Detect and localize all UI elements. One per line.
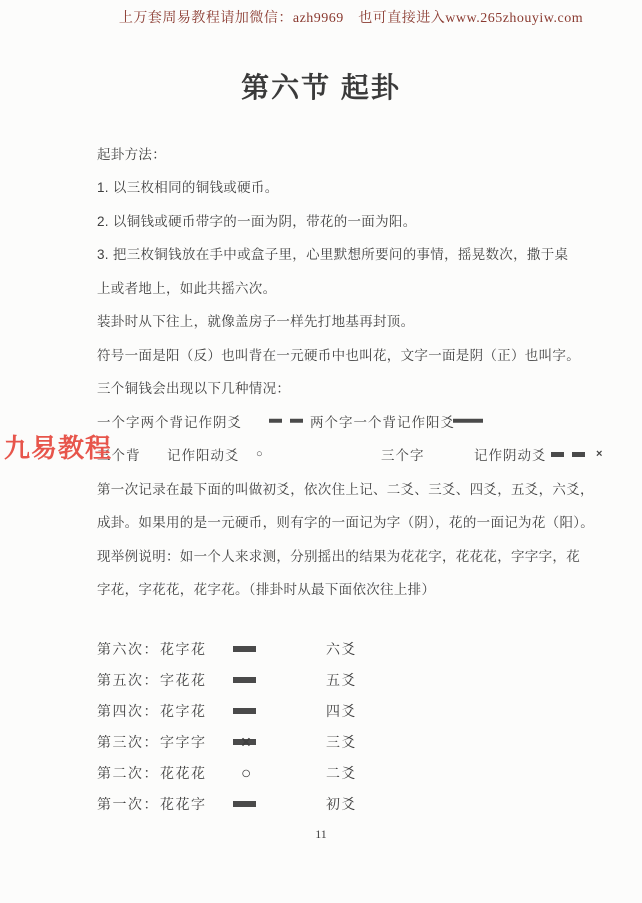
line-bar xyxy=(233,801,256,807)
hexagram-line-icon xyxy=(453,419,483,424)
body-line: 上或者地上，如此共摇六次。 xyxy=(97,270,577,304)
line-bar xyxy=(453,419,483,424)
situation-label: 一个字两个背记作阴爻 xyxy=(97,411,242,431)
line-bar xyxy=(572,452,585,457)
line-bar xyxy=(233,646,256,652)
table-row: 第一次：花花字 初爻 xyxy=(97,788,467,819)
line-bar xyxy=(269,419,282,424)
line-bar xyxy=(551,452,564,457)
yao-label: 初爻 xyxy=(326,794,357,814)
scanned-document-page: 上万套周易教程请加微信：azh9969 也可直接进入www.265zhouyiw… xyxy=(0,0,642,903)
watermark: 九易教程 xyxy=(4,433,112,464)
situation-row-1: 一个字两个背记作阴爻 两个字一个背记作阳爻 xyxy=(97,404,577,438)
line-bar xyxy=(233,677,256,683)
line-bar xyxy=(290,419,303,424)
throw-number: 第三次： xyxy=(97,732,159,752)
moving-line-mark: × xyxy=(241,733,252,750)
body-line: 字花，字花花，花字花。（排卦时从最下面依次往上排） xyxy=(97,572,577,606)
section-title: 第六节 起卦 xyxy=(0,66,642,106)
throw-number: 第六次： xyxy=(97,639,159,659)
hexagram-line-icon: ○ xyxy=(245,448,264,460)
body-line: 装卦时从下往上，就像盖房子一样先打地基再封顶。 xyxy=(97,304,577,338)
throw-number: 第五次： xyxy=(97,670,159,690)
situation-label: 记作阳动爻 xyxy=(167,444,240,464)
moving-line-mark: ○ xyxy=(256,448,264,460)
yao-label: 六爻 xyxy=(326,639,357,659)
throw-result: 花字花 xyxy=(160,639,207,659)
situation-label: 两个字一个背记作阳爻 xyxy=(310,411,455,431)
example-table: 第六次：花字花 六爻 第五次：字花花 五爻 第四次：花字花 四爻 第三次：字字字… xyxy=(97,633,467,819)
throw-number: 第二次： xyxy=(97,763,159,783)
yao-label: 二爻 xyxy=(326,763,357,783)
table-row: 第四次：花字花 四爻 xyxy=(97,695,467,726)
body-line: 起卦方法： xyxy=(97,136,577,170)
table-row: 第六次：花字花 六爻 xyxy=(97,633,467,664)
situation-label: 三个字 xyxy=(381,444,425,464)
table-row: 第五次：字花花 五爻 xyxy=(97,664,467,695)
header-ad-text: 上万套周易教程请加微信：azh9969 也可直接进入www.265zhouyiw… xyxy=(70,7,632,27)
body-line: 成卦。如果用的是一元硬币，则有字的一面记为字（阴），花的一面记为花（阳）。 xyxy=(97,505,577,539)
hexagram-line-icon xyxy=(269,419,303,424)
moving-line-mark: × xyxy=(596,448,603,460)
body-line: 第一次记录在最下面的叫做初爻，依次住上记、二爻、三爻、四爻，五爻，六爻， xyxy=(97,471,577,505)
throw-result: 字花花 xyxy=(160,670,207,690)
situation-row-2: 三个背 记作阳动爻 ○ 三个字 记作阴动爻 × xyxy=(97,438,577,472)
table-row: 第三次：字字字 × 三爻 xyxy=(97,726,467,757)
throw-result: 花花花 xyxy=(160,763,207,783)
body-line: 1. 以三枚相同的铜钱或硬币。 xyxy=(97,170,577,204)
yao-label: 四爻 xyxy=(326,701,357,721)
throw-result: 花字花 xyxy=(160,701,207,721)
moving-line-mark: ○ xyxy=(241,764,253,781)
body-line: 3. 把三枚铜钱放在手中或盒子里，心里默想所要问的事情，摇晃数次，撒于桌 xyxy=(97,237,577,271)
hexagram-line-icon: × xyxy=(551,448,603,460)
page-number: 11 xyxy=(0,827,642,842)
situation-label: 记作阴动爻 xyxy=(474,444,547,464)
yao-label: 五爻 xyxy=(326,670,357,690)
line-bar xyxy=(233,708,256,714)
body-line: 现举例说明：如一个人来求测，分别摇出的结果为花花字，花花花，字字字，花 xyxy=(97,538,577,572)
body-content: 起卦方法： 1. 以三枚相同的铜钱或硬币。 2. 以铜钱或硬币带字的一面为阴，带… xyxy=(97,136,577,605)
body-line: 符号一面是阳（反）也叫背在一元硬币中也叫花，文字一面是阴（正）也叫字。 xyxy=(97,337,577,371)
throw-result: 字字字 xyxy=(160,732,207,752)
body-line: 2. 以铜钱或硬币带字的一面为阴，带花的一面为阳。 xyxy=(97,203,577,237)
throw-number: 第四次： xyxy=(97,701,159,721)
yao-label: 三爻 xyxy=(326,732,357,752)
body-line: 三个铜钱会出现以下几种情况： xyxy=(97,371,577,405)
throw-number: 第一次： xyxy=(97,794,159,814)
table-row: 第二次：花花花 ○ 二爻 xyxy=(97,757,467,788)
throw-result: 花花字 xyxy=(160,794,207,814)
